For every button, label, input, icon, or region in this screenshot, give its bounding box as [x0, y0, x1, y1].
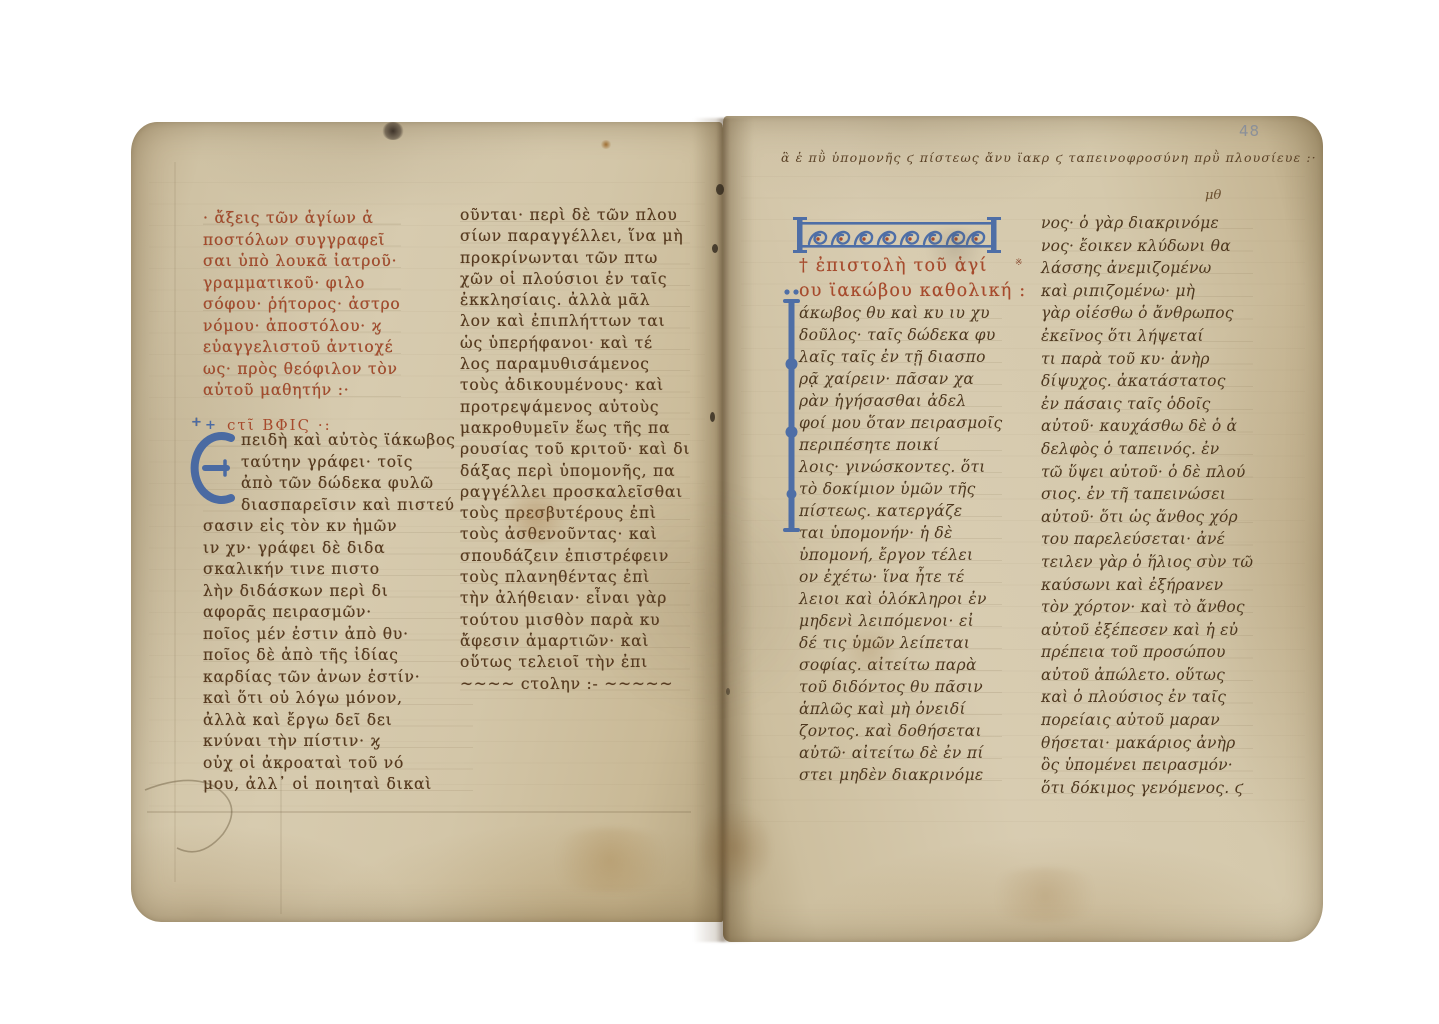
text-line: τοὺς ἀδικουμένους· καὶ — [460, 375, 690, 396]
text-line: φοί μου ὅταν πειρασμοῖς — [799, 412, 1002, 434]
left-column1-body-lines: πειδὴ καὶ αὐτὸς ϊάκωβοςταύτην γράφει· το… — [203, 430, 473, 796]
left-column2-body: οῦνται· περὶ δὲ τῶν πλουσίων παραγγέλλει… — [460, 205, 690, 695]
text-line: ἐν πάσαις ταῖς ὁδοῖς — [1041, 393, 1253, 416]
text-line: διασπαρεῖσιν καὶ πιστεύ — [203, 495, 473, 517]
text-line: σασιν εἰς τὸν κν ἡμῶν — [203, 516, 473, 538]
text-line: μου, ἀλλ᾽ οἱ ποιηταὶ δικαὶ — [203, 774, 473, 796]
text-line: ρὰν ἡγήσασθαι ἀδελ — [799, 390, 1002, 412]
text-line: λον καὶ ἐπιπλήττων ται — [460, 311, 690, 332]
text-line: σοφίας. αἰτείτω παρὰ — [799, 654, 1002, 676]
text-line: ἐκεῖνος ὅτι λήψεταί — [1041, 325, 1253, 348]
text-line: νόμου· ἀποστόλου· ϗ — [203, 316, 401, 338]
text-line: τοῦ διδόντος θυ πᾶσιν — [799, 676, 1002, 698]
text-line: δελφὸς ὁ ταπεινός. ἐν — [1041, 438, 1253, 461]
text-line: τοὺς πρεσβυτέρους ἐπὶ — [460, 503, 690, 524]
text-line: στει μηδὲν διακρινόμε — [799, 764, 1002, 786]
text-line: τούτου μισθὸν παρὰ κυ — [460, 610, 690, 631]
text-line: αὐτοῦ· καυχάσθω δὲ ὁ ἀ — [1041, 415, 1253, 438]
text-line: ποῖος μέν ἐστιν ἀπὸ θυ· — [203, 624, 473, 646]
margin-note: μθ — [1205, 188, 1221, 203]
left-column1-body: + πειδὴ καὶ αὐτὸς ϊάκωβοςταύτην γράφει· … — [203, 430, 473, 796]
text-line: τι παρὰ τοῦ κυ· ἀνὴρ — [1041, 348, 1253, 371]
text-line: σίων παραγγέλλει, ἵνα μὴ — [460, 226, 690, 247]
text-line: ως· πρὸς θεόφιλον τὸν — [203, 359, 401, 381]
binding-hole — [726, 688, 730, 695]
text-line: ἁπλῶς καὶ μὴ ὀνειδί — [799, 698, 1002, 720]
text-line: † ἐπιστολὴ τοῦ ἁγί — [799, 254, 1026, 279]
text-line: τοὺς ἀσθενοῦντας· καὶ — [460, 524, 690, 545]
binding-hole — [716, 184, 724, 195]
text-line: λαῖς ταῖς ἐν τῇ διασπο — [799, 346, 1002, 368]
text-line: ἄφεσιν ἁμαρτιῶν· καὶ — [460, 631, 690, 652]
text-line: ὃς ὑπομένει πειρασμόν· — [1041, 754, 1253, 777]
text-line: δοῦλος· ταῖς δώδεκα φυ — [799, 324, 1002, 346]
text-line: μακροθυμεῖν ἕως τῆς πα — [460, 418, 690, 439]
text-line: σιος. ἐν τῆ ταπεινώσει — [1041, 483, 1253, 506]
text-line: ἐκκλησίαις. ἀλλὰ μᾶλ — [460, 290, 690, 311]
text-line: πίστεως. κατεργάζε — [799, 500, 1002, 522]
right-page: ἃ ἑ πῢ ὑπομονῆς ϛ πίστεως ἄνυ ϊακρ ϛ ταπ… — [723, 116, 1323, 942]
text-line: ὡς ὑπερήφανοι· καὶ τέ — [460, 333, 690, 354]
text-line: αφορᾶς πειρασμῶν· — [203, 602, 473, 624]
text-line: αὐτῶ· αἰτείτω δὲ ἐν πί — [799, 742, 1002, 764]
binding-hole — [712, 244, 718, 253]
text-line: πορείαις αὐτοῦ μαραν — [1041, 709, 1253, 732]
text-line: ρᾷ χαίρειν· πᾶσαν χα — [799, 368, 1002, 390]
text-line: πρέπεια τοῦ προσώπου — [1041, 641, 1253, 664]
text-line: τοὺς πλανηθέντας ἐπὶ — [460, 567, 690, 588]
text-line: γὰρ οἰέσθω ὁ ἄνθρωπος — [1041, 302, 1253, 325]
text-line: καὶ ὁ πλούσιος ἐν ταῖς — [1041, 686, 1253, 709]
text-line: αὐτοῦ μαθητήν :· — [203, 380, 401, 402]
text-line: ταύτην γράφει· τοῖς — [203, 452, 473, 474]
text-line: γραμματικοῦ· φιλο — [203, 273, 401, 295]
text-line: ον ἐχέτω· ἵνα ἦτε τέ — [799, 566, 1002, 588]
text-line: ιν χν· γράφει δὲ διδα — [203, 538, 473, 560]
text-line: σκαλικήν τινε πιστο — [203, 559, 473, 581]
text-line: καὶ ριπιζομένω· μὴ — [1041, 280, 1253, 303]
text-line: λάσσης ἀνεμιζομένω — [1041, 257, 1253, 280]
initial-epsilon-icon — [189, 426, 235, 512]
text-line: οὐχ οἱ ἀκροαταὶ τοῦ νό — [203, 753, 473, 775]
text-line: ται ὑπομονήν· ἡ δὲ — [799, 522, 1002, 544]
text-line: δέ τις ὑμῶν λείπεται — [799, 632, 1002, 654]
text-line: νος· ἔοικεν κλύδωνι θα — [1041, 235, 1253, 258]
text-line: νος· ὁ γὰρ διακρινόμε — [1041, 212, 1253, 235]
text-line: εὐαγγελιστοῦ ἀντιοχέ — [203, 337, 401, 359]
blue-cross-icon: + — [191, 412, 203, 434]
text-line: λος παραμυθισάμενος — [460, 354, 690, 375]
right-column1-body: άκωβος θυ καὶ κυ ιυ χυδοῦλος· ταῖς δώδεκ… — [799, 302, 1002, 786]
text-line: ζοντος. καὶ δοθήσεται — [799, 720, 1002, 742]
text-line: ἀπὸ τῶν δώδεκα φυλῶ — [203, 473, 473, 495]
left-column1-rubric: · ἄξεις τῶν ἁγίων ἀποστόλων συγγραφεῖσαι… — [203, 208, 401, 402]
text-line: οὕτως τελειοῖ τὴν ἐπι — [460, 652, 690, 673]
text-line: ὅτι δόκιμος γενόμενος. ϛ — [1041, 777, 1253, 800]
text-line: · ἄξεις τῶν ἁγίων ἀ — [203, 208, 401, 230]
text-line: ποστόλων συγγραφεῖ — [203, 230, 401, 252]
text-line: αὐτοῦ ἐξέπεσεν καὶ ἡ εὐ — [1041, 619, 1253, 642]
text-line: σόφου· ῥήτορος· ἀστρο — [203, 294, 401, 316]
text-line: καὶ ὅτι οὐ λόγω μόνον, — [203, 688, 473, 710]
text-line: σαι ὑπὸ λουκᾶ ἰατροῦ· — [203, 251, 401, 273]
text-line: ραγγέλλει προσκαλεῖσθαι — [460, 482, 690, 503]
text-line: δάξας περὶ ὑπομονῆς, πα — [460, 461, 690, 482]
text-line: αὐτοῦ ἀπώλετο. οὕτως — [1041, 664, 1253, 687]
text-line: χῶν οἱ πλούσιοι ἐν ταῖς — [460, 269, 690, 290]
text-line: προτρεψάμενος αὐτοὺς — [460, 397, 690, 418]
header-note: ἃ ἑ πῢ ὑπομονῆς ϛ πίστεως ἄνυ ϊακρ ϛ ταπ… — [781, 150, 1317, 165]
text-line: οῦνται· περὶ δὲ τῶν πλου — [460, 205, 690, 226]
text-line: πειδὴ καὶ αὐτὸς ϊάκωβος — [203, 430, 473, 452]
text-line: θήσεται· μακάριος ἀνὴρ — [1041, 732, 1253, 755]
text-line: αὐτοῦ· ὅτι ὡς ἄνθος χόρ — [1041, 506, 1253, 529]
right-column2-body: νος· ὁ γὰρ διακρινόμενος· ἔοικεν κλύδωνι… — [1041, 212, 1253, 799]
folio-number: 48 — [1239, 122, 1260, 140]
text-line: τῶ ὕψει αὐτοῦ· ὁ δὲ πλού — [1041, 461, 1253, 484]
text-line: του παρελεύσεται· ἀνέ — [1041, 528, 1253, 551]
text-line: τὸ δοκίμιον ὑμῶν τῆς — [799, 478, 1002, 500]
text-line: περιπέσητε ποικί — [799, 434, 1002, 456]
manuscript-photo: · ἄξεις τῶν ἁγίων ἀποστόλων συγγραφεῖσαι… — [0, 0, 1439, 1024]
text-line: ~~~~ ϲτολην :‐ ~~~~~ — [460, 674, 690, 695]
text-line: δίψυχος. ἀκατάστατος — [1041, 370, 1253, 393]
text-line: άκωβος θυ καὶ κυ ιυ χυ — [799, 302, 1002, 324]
text-line: σπουδάζειν ἐπιστρέφειν — [460, 546, 690, 567]
text-line: λειοι καὶ ὁλόκληροι ἐν — [799, 588, 1002, 610]
text-line: ρουσίας τοῦ κριτοῦ· καὶ δι — [460, 439, 690, 460]
text-line: λοις· γινώσκοντες. ὅτι — [799, 456, 1002, 478]
headband-ornament-icon — [793, 216, 1003, 258]
text-line: κνύναι τὴν πίστιν· ϗ — [203, 731, 473, 753]
text-line: τειλεν γὰρ ὁ ἥλιος σὺν τῶ — [1041, 551, 1253, 574]
text-line: ὑπομονή, ἔργον τέλει — [799, 544, 1002, 566]
title-end-ornament-icon: ※ — [1015, 258, 1023, 268]
text-line: ποῖος δὲ ἀπὸ τῆς ἰδίας — [203, 645, 473, 667]
text-line: μηδενὶ λειπόμενοι· εἰ — [799, 610, 1002, 632]
text-line: ου ϊακώβου καθολική : — [799, 279, 1026, 304]
text-line: καρδίας τῶν ἀνων ἐστίν· — [203, 667, 473, 689]
epistle-title: † ἐπιστολὴ τοῦ ἁγίου ϊακώβου καθολική : — [799, 254, 1026, 303]
text-line: λὴν διδάσκων περὶ δι — [203, 581, 473, 603]
text-line: τὴν ἀλήθειαν· εἶναι γὰρ — [460, 588, 690, 609]
left-page: · ἄξεις τῶν ἁγίων ἀποστόλων συγγραφεῖσαι… — [131, 122, 723, 922]
text-line: τὸν χόρτον· καὶ τὸ ἄνθος — [1041, 596, 1253, 619]
binding-hole — [710, 412, 715, 422]
text-line: καύσωνι καὶ ἐξήρανεν — [1041, 574, 1253, 597]
text-line: ἀλλὰ καὶ ἔργω δεῖ δει — [203, 710, 473, 732]
text-line: προκρίνωνται τῶν πτω — [460, 248, 690, 269]
